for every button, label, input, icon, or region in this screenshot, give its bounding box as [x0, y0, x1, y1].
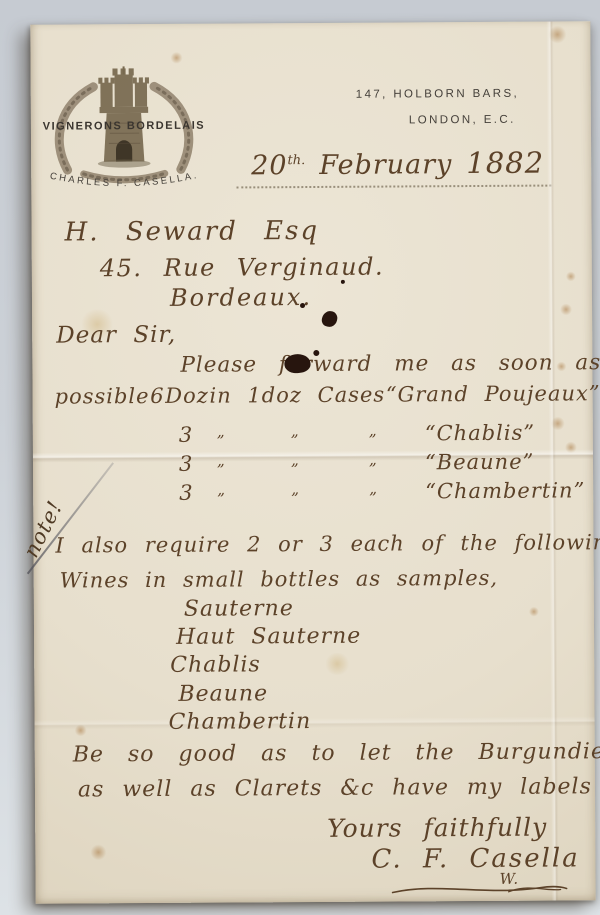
closing-line1: Be so good as to let the Burgundies	[73, 740, 600, 768]
edge-crease	[546, 22, 558, 901]
ink-blot	[300, 303, 305, 308]
row-wine: “Chambertin”	[425, 479, 585, 503]
order-unit: Doz	[165, 385, 209, 408]
ditto-mark: „	[369, 422, 425, 445]
date-year: 1882	[466, 148, 544, 180]
ditto-mark: „	[369, 480, 425, 503]
date-suffix: th.	[287, 153, 305, 168]
order-qty: 6	[150, 385, 165, 408]
row-wine: “Beaune”	[425, 451, 534, 475]
recipient-street: 45. Rue Verginaud.	[100, 254, 384, 282]
date-day: 20th.	[251, 151, 305, 181]
sample-wine-list: Sauterne Haut Sauterne Chablis Beaune Ch…	[184, 597, 362, 735]
date-month: February	[319, 150, 452, 180]
ditto-mark: „	[369, 451, 425, 474]
valediction: Yours faithfully	[327, 814, 547, 843]
sample-wine: Sauterne	[184, 597, 361, 622]
row-wine: “Chablis”	[425, 422, 535, 446]
row-qty: 3	[179, 482, 217, 505]
ditto-mark: „	[217, 481, 291, 505]
date-line: 20th. February 1882	[251, 148, 544, 182]
recipient-city: Bordeaux.	[170, 284, 312, 311]
sample-wine: Chambertin	[169, 709, 362, 734]
ink-blot	[313, 350, 319, 356]
date-rule	[236, 185, 551, 189]
ditto-mark: „	[217, 423, 291, 447]
salutation: Dear Sir,	[56, 323, 176, 349]
request-line1: Please forward me as soon as	[180, 351, 600, 377]
foxing-spot	[560, 303, 572, 315]
row-qty: 3	[179, 424, 217, 447]
order-row: 3 „ „ „ “Chablis”	[179, 422, 535, 447]
brand-name: VIGNERONS BORDELAIS	[35, 120, 213, 133]
order-row: 3 „ „ „ “Beaune”	[179, 451, 534, 476]
row-qty: 3	[179, 453, 217, 476]
request-line2: possible 6 Doz in 1doz Cases “Grand Pouj…	[55, 382, 600, 408]
ditto-mark: „	[291, 452, 369, 476]
foxing-spot	[566, 271, 576, 281]
sample-wine: Chablis	[170, 653, 361, 678]
ink-blot	[320, 309, 339, 328]
signature-flourish	[391, 879, 569, 898]
ink-blot	[341, 280, 345, 284]
letterhead-address-line2: LONDON, E.C.	[409, 114, 516, 127]
order-packing: in 1doz Cases	[209, 384, 385, 408]
ditto-mark: „	[217, 452, 291, 476]
closing-line2: as well as Clarets &c have my labels	[78, 775, 592, 802]
order-wine: “Grand Poujeaux”	[386, 382, 600, 406]
svg-text:CHARLES F. CASELLA.: CHARLES F. CASELLA.	[49, 170, 200, 190]
recipient-name: H. Seward Esq	[65, 217, 320, 247]
letterhead-address-line1: 147, HOLBORN BARS,	[356, 88, 519, 101]
samples-line2: Wines in small bottles as samples,	[60, 567, 498, 593]
foxing-spot	[90, 844, 106, 860]
proprietor-name: CHARLES F. CASELLA.	[49, 170, 200, 190]
order-row: 3 „ „ „ “Chambertin”	[179, 479, 585, 505]
request-line2-start: possible	[55, 385, 150, 409]
photo-backdrop: VIGNERONS BORDELAIS CHARLES F. CASELLA. …	[0, 0, 600, 915]
samples-line1: I also require 2 or 3 each of the follow…	[55, 531, 600, 558]
foxing-spot	[170, 52, 182, 64]
signature-name: C. F. Casella	[371, 844, 579, 874]
ditto-mark: „	[291, 423, 369, 447]
sample-wine: Beaune	[178, 681, 361, 706]
proprietor-arc: CHARLES F. CASELLA.	[44, 166, 204, 201]
foxing-spot	[529, 607, 539, 617]
letter-sheet: VIGNERONS BORDELAIS CHARLES F. CASELLA. …	[30, 21, 595, 903]
ditto-mark: „	[291, 481, 369, 505]
sample-wine: Haut Sauterne	[176, 625, 361, 650]
